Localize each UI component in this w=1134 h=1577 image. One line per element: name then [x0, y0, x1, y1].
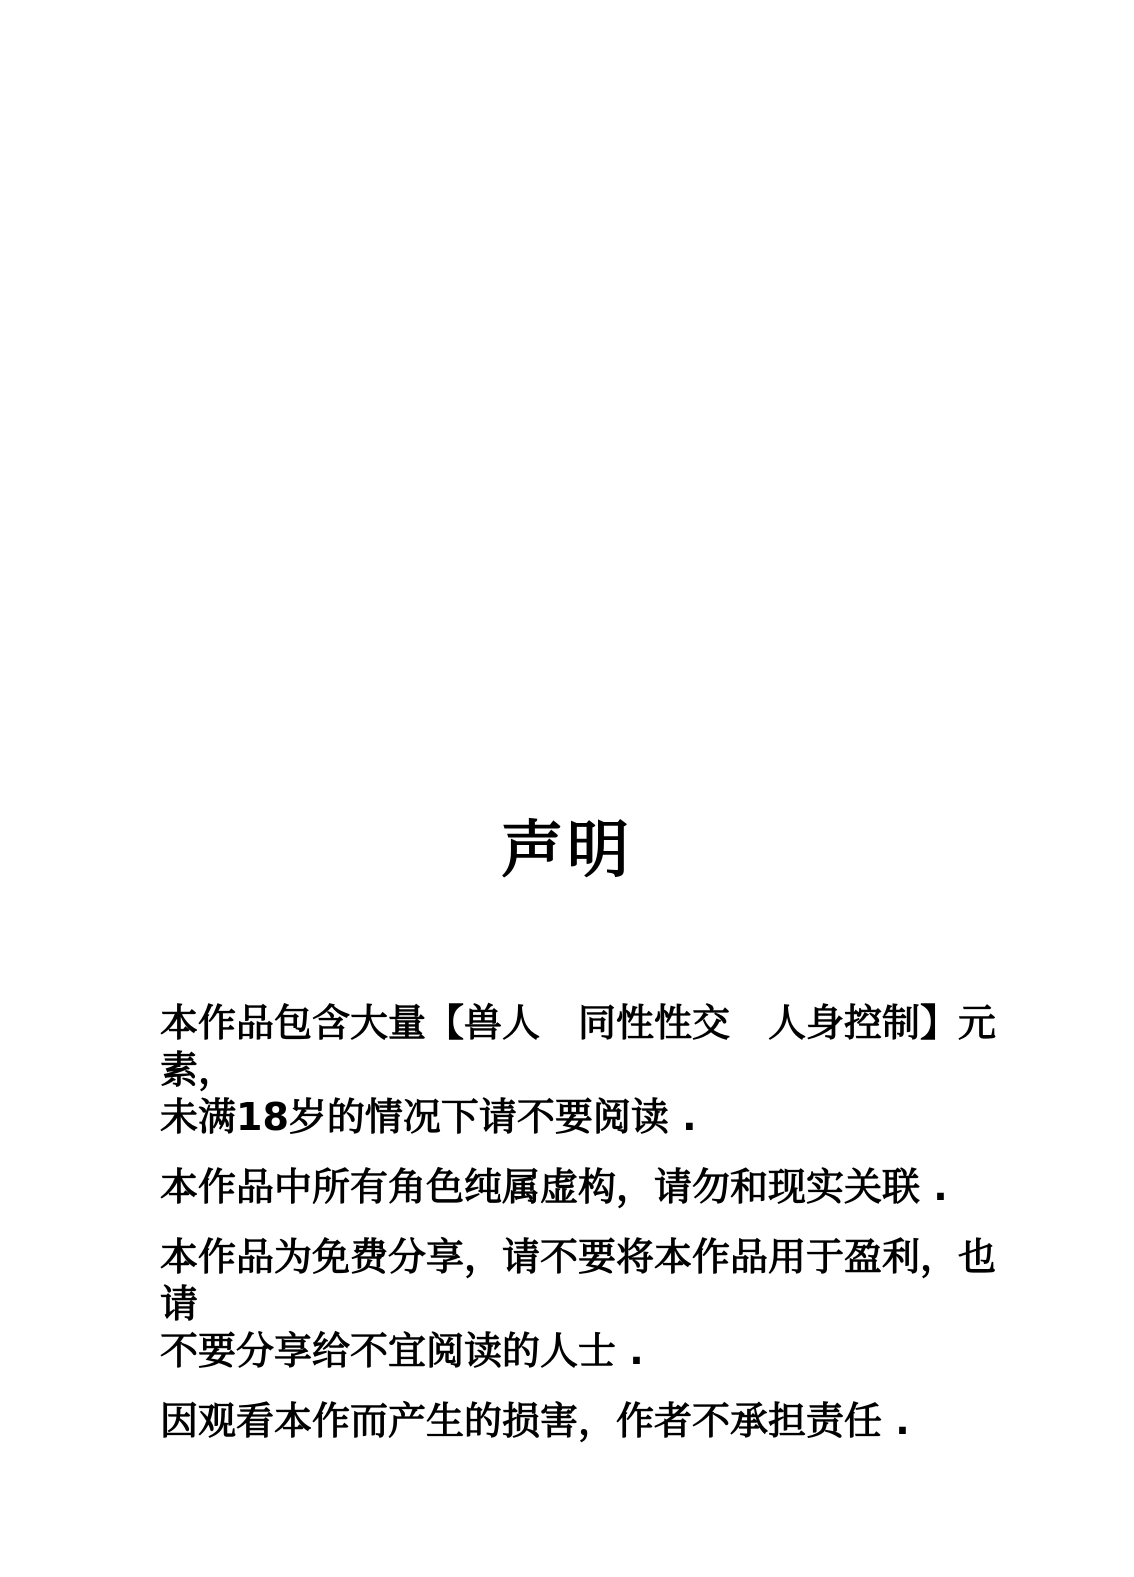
- paragraph-age-warning: 本作品包含大量【兽人 同性性交 人身控制】元素， 未满18岁的情况下请不要阅读 …: [160, 1000, 1020, 1141]
- paragraph-liability-notice: 因观看本作而产生的损害，作者不承担责任 .: [160, 1398, 1020, 1445]
- document-page: 声明 本作品包含大量【兽人 同性性交 人身控制】元素， 未满18岁的情况下请不要…: [0, 0, 1134, 1577]
- paragraph-free-share-notice: 本作品为免费分享，请不要将本作品用于盈利，也请 不要分享给不宜阅读的人士 .: [160, 1234, 1020, 1375]
- disclaimer-text-block: 本作品包含大量【兽人 同性性交 人身控制】元素， 未满18岁的情况下请不要阅读 …: [160, 1000, 1020, 1468]
- page-title: 声明: [0, 800, 1134, 889]
- paragraph-fiction-notice: 本作品中所有角色纯属虚构，请勿和现实关联 .: [160, 1164, 1020, 1211]
